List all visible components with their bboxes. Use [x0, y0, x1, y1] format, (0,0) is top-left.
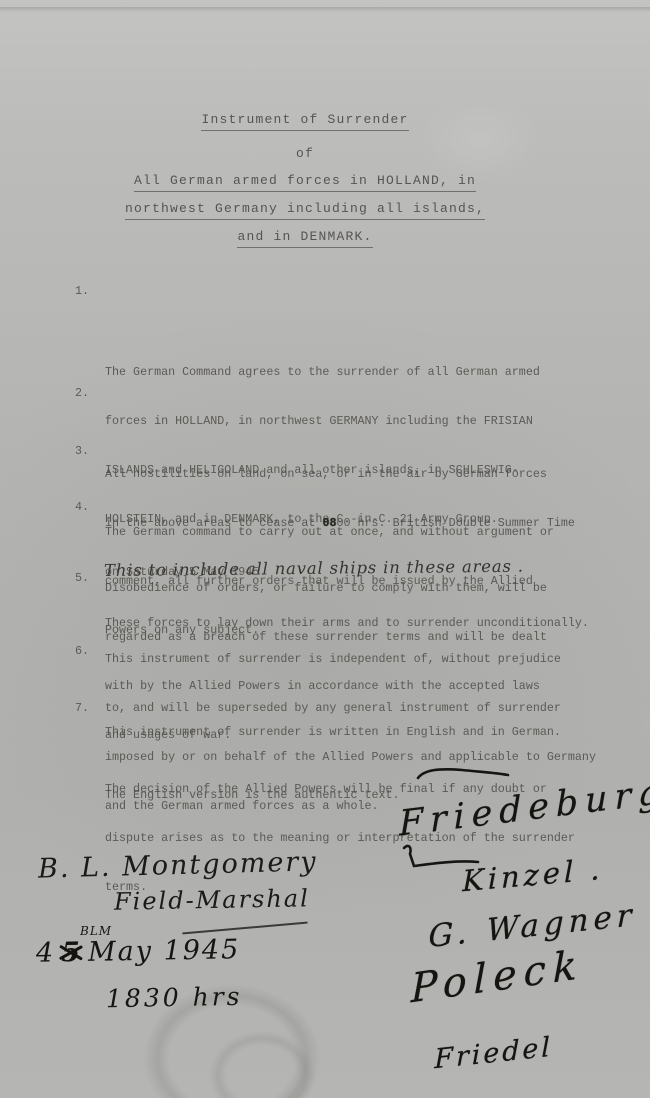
photo-top-edge	[0, 0, 650, 7]
signature-time: 1830 hrs	[106, 982, 243, 1013]
clause-5-number: 5.	[75, 570, 89, 586]
clause-1-number: 1.	[75, 283, 89, 299]
montgomery-rank: Field-Marshal	[114, 884, 310, 915]
clause-2-number: 2.	[75, 385, 89, 401]
document-title-line-5: and in DENMARK.	[60, 229, 550, 248]
signature-date: 45May 1945	[36, 934, 241, 969]
clause-6-number: 6.	[75, 643, 89, 659]
clause-3-number: 3.	[75, 443, 89, 459]
document-title-line-1: Instrument of Surrender	[60, 112, 550, 131]
clause-7-number: 7.	[75, 700, 89, 716]
date-rest: May 1945	[88, 934, 241, 968]
friedeburg-flourish-stroke	[418, 769, 508, 778]
clause-1-line-1: The German Command agrees to the surrend…	[105, 364, 610, 380]
signature-friedel: Friedel	[434, 1032, 553, 1076]
photo-top-edge-shadow	[0, 7, 650, 12]
date-day: 4	[36, 937, 56, 968]
document-title-line-3: All German armed forces in HOLLAND, in	[60, 173, 550, 192]
document-title-line-4: northwest Germany including all islands,	[60, 201, 550, 220]
struck-out-day: 5	[61, 937, 82, 968]
document-title-line-2: of	[60, 146, 550, 161]
clause-4-number: 4.	[75, 499, 89, 515]
surrender-document-photo: Instrument of Surrender of All German ar…	[0, 0, 650, 1098]
